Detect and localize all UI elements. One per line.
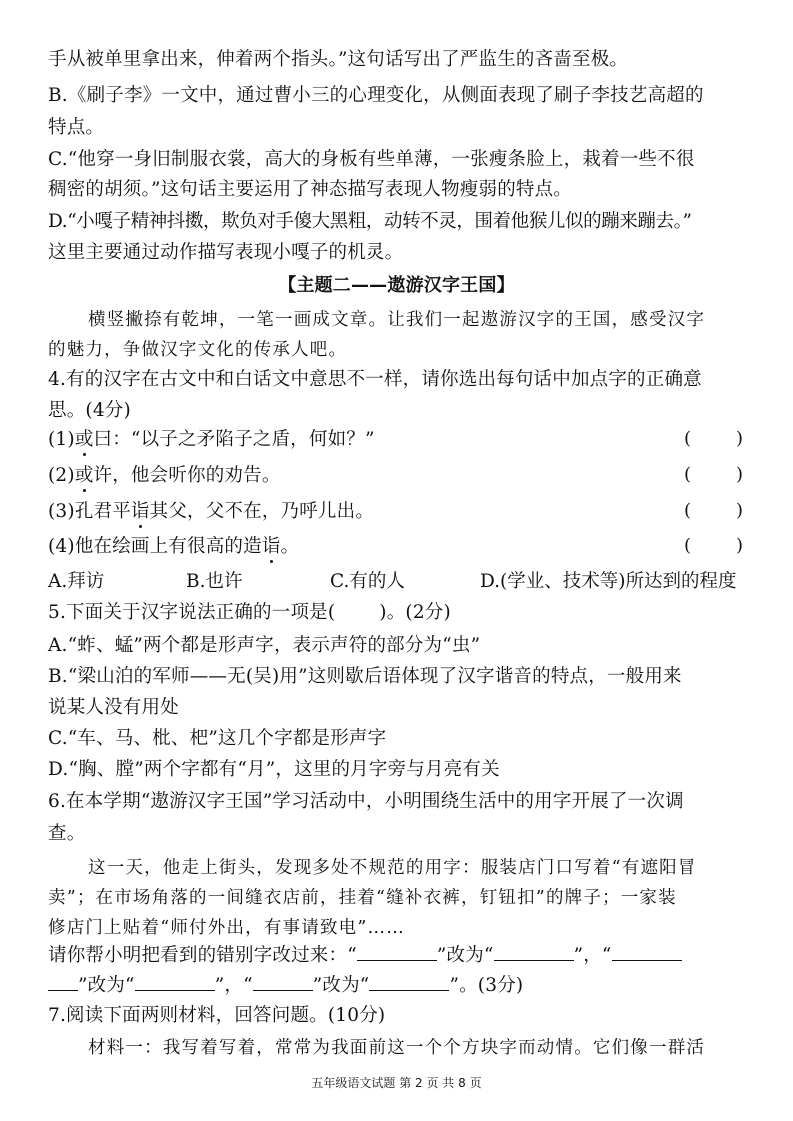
prev-option-d-line1: D.“小嘎子精神抖擞，欺负对手傻大黑粗，动转不灵，围着他猴儿似的蹦来蹦去。”	[48, 210, 748, 234]
item-text: 。	[281, 536, 300, 557]
section-title: 【主题二——遨游汉字王国】	[0, 274, 793, 298]
q4-answer-1-close: )	[736, 428, 743, 449]
item-text: 他在绘画上有很高的造	[75, 536, 262, 557]
section-intro-line2: 的魅力，争做汉字文化的传承人吧。	[48, 338, 748, 362]
q4-item-1: (1)或曰：“以子之矛陷子之盾，何如？”	[48, 428, 748, 452]
prev-option-a-tail: 手从被单里拿出来，伸着两个指头。”这句话写出了严监生的吝啬至极。	[48, 48, 748, 72]
q6-stem-line2: 查。	[48, 822, 748, 846]
q6-text: ”改为“	[437, 945, 494, 966]
q4-item-4: (4)他在绘画上有很高的造诣。	[48, 535, 748, 559]
q4-answer-4-open[interactable]: (	[684, 535, 691, 556]
q6-ask-text: 请你帮小明把看到的错别字改过来：“	[48, 945, 357, 966]
q6-para-line3: 修店门上贴着“师付外出，有事请致电”……	[48, 916, 748, 940]
q5-stem-text: 5.下面关于汉字说法正确的一项是(	[48, 602, 335, 623]
dotted-char: 诣	[262, 535, 281, 559]
q4-option-b: B.也许	[186, 570, 242, 594]
dotted-char: 诣	[131, 500, 150, 524]
q4-answer-4-close: )	[736, 535, 743, 556]
q6-score: ”。(3分)	[449, 975, 523, 996]
q6-text: ”改为“	[313, 975, 370, 996]
q5-option-b-line1: B.“梁山泊的军师——无(吴)用”这则歇后语体现了汉字谐音的特点，一般用来	[48, 665, 748, 689]
q4-answer-3-close: )	[736, 500, 743, 521]
item-number: (4)	[48, 536, 75, 557]
q5-option-a: A.“蚱、蜢”两个都是形声字，表示声符的部分为“虫”	[48, 634, 748, 658]
section-intro-line1: 横竖撇捺有乾坤，一笔一画成文章。让我们一起遨游汉字的王国，感受汉字	[88, 308, 788, 332]
prev-option-b-line1: B.《刷子李》一文中，通过曹小三的心理变化，从侧面表现了刷子李技艺高超的	[48, 84, 748, 108]
q6-blank-1[interactable]	[357, 942, 437, 961]
item-text: 其父，父不在，乃呼儿出。	[150, 501, 374, 522]
prev-option-d-line2: 这里主要通过动作描写表现小嘎子的机灵。	[48, 241, 748, 265]
prev-option-c-line1: C.“他穿一身旧制服衣裳，高大的身板有些单薄，一张瘦条脸上，栽着一些不很	[48, 148, 748, 172]
q6-stem-line1: 6.在本学期“遨游汉字王国”学习活动中，小明围绕生活中的用字开展了一次调	[48, 790, 748, 814]
q4-answer-2-close: )	[736, 464, 743, 485]
q6-blank-3-cont[interactable]	[48, 972, 78, 991]
q7-material1-line1: 材料一：我写着写着，常常为我面前这一个个方块字而动情。它们像一群活	[88, 1036, 788, 1060]
q6-para-line2: 卖”；在市场角落的一间缝衣店前，挂着“缝补衣裤，钉钮扣”的牌子；一家装	[48, 886, 748, 910]
q6-text: ”，“	[215, 975, 253, 996]
q5-stem-score: )。(2分)	[379, 602, 451, 623]
q6-blank-6[interactable]	[369, 972, 449, 991]
q6-para-line1: 这一天，他走上街头，发现多处不规范的用字：服装店门口写着“有遮阳冒	[88, 856, 788, 880]
item-number: (2)	[48, 465, 75, 486]
exam-page: 手从被单里拿出来，伸着两个指头。”这句话写出了严监生的吝啬至极。 B.《刷子李》…	[0, 0, 793, 1121]
item-number: (3)	[48, 501, 75, 522]
q6-blank-3[interactable]	[612, 942, 682, 961]
q7-stem: 7.阅读下面两则材料，回答问题。(10分)	[48, 1004, 748, 1028]
q6-text: ”改为“	[78, 975, 135, 996]
q6-text: ”，“	[574, 945, 612, 966]
q4-answer-2-open[interactable]: (	[684, 464, 691, 485]
item-text: 曰：“以子之矛陷子之盾，何如？”	[94, 429, 375, 450]
item-number: (1)	[48, 429, 75, 450]
q4-answer-3-open[interactable]: (	[684, 500, 691, 521]
q5-option-d: D.“胸、膛”两个字都有“月”，这里的月字旁与月亮有关	[48, 758, 748, 782]
prev-option-b-line2: 特点。	[48, 116, 748, 140]
dotted-char: 或	[75, 464, 94, 488]
item-text: 许，他会听你的劝告。	[94, 465, 281, 486]
item-text: 孔君平	[75, 501, 131, 522]
q4-option-d: D.(学业、技术等)所达到的程度	[480, 570, 737, 594]
q6-blank-2[interactable]	[494, 942, 574, 961]
q5-stem: 5.下面关于汉字说法正确的一项是()。(2分)	[48, 601, 748, 625]
q6-blank-4[interactable]	[135, 972, 215, 991]
page-footer: 五年级语文试题 第 2 页 共 8 页	[0, 1074, 793, 1091]
q6-ask-line2: ”改为“”，“”改为“”。(3分)	[48, 972, 748, 998]
q4-stem-line2: 思。(4分)	[48, 399, 748, 423]
q4-answer-1-open[interactable]: (	[684, 428, 691, 449]
q6-blank-5[interactable]	[253, 972, 313, 991]
q5-option-b-line2: 说某人没有用处	[48, 696, 748, 720]
q4-stem-line1: 4.有的汉字在古文中和白话文中意思不一样，请你选出每句话中加点字的正确意	[48, 368, 748, 392]
q4-item-3: (3)孔君平诣其父，父不在，乃呼儿出。	[48, 500, 748, 524]
q4-option-c: C.有的人	[330, 570, 405, 594]
dotted-char: 或	[75, 428, 94, 452]
prev-option-c-line2: 稠密的胡须。”这句话主要运用了神态描写表现人物瘦弱的特点。	[48, 178, 748, 202]
q4-option-a: A.拜访	[48, 570, 104, 594]
q4-item-2: (2)或许，他会听你的劝告。	[48, 464, 748, 488]
q6-ask-line1: 请你帮小明把看到的错别字改过来：“”改为“”，“	[48, 942, 748, 968]
q5-option-c: C.“车、马、枇、杷”这几个字都是形声字	[48, 727, 748, 751]
